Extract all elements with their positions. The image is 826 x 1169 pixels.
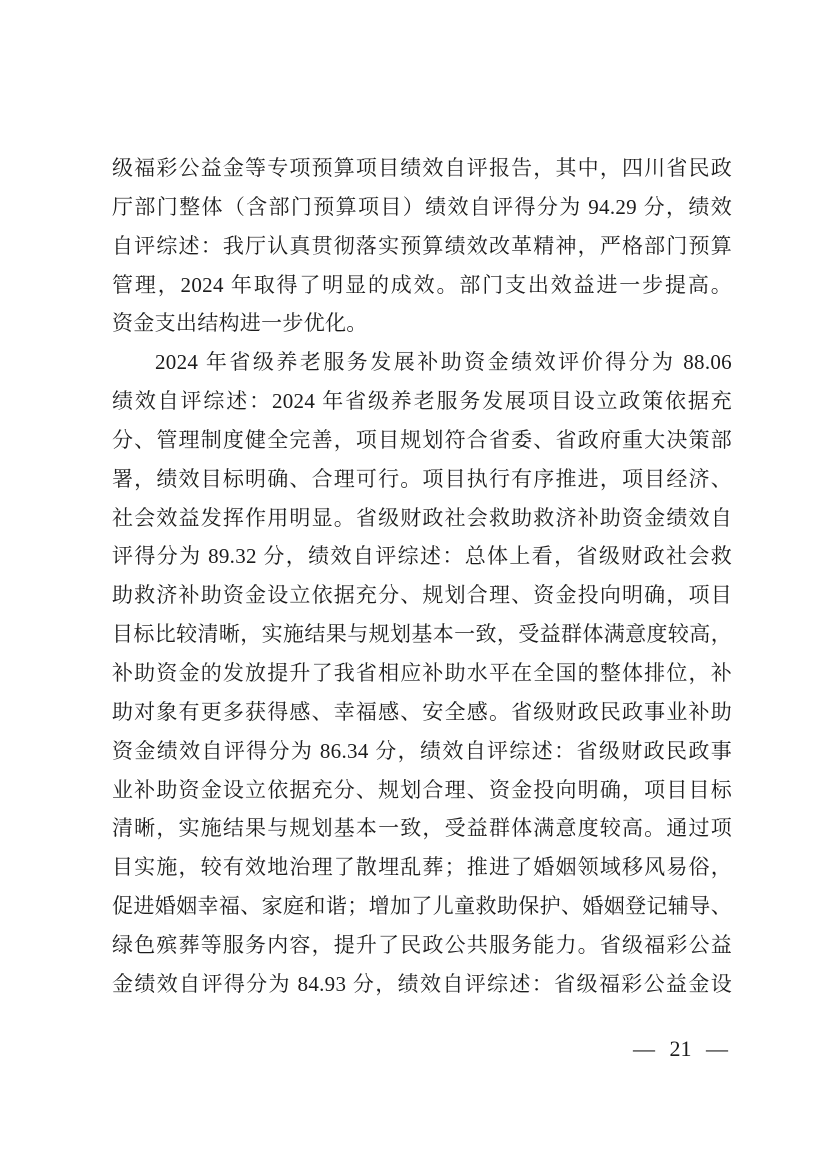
text-line: 级福彩公益金等专项预算项目绩效自评报告，其中，四川省民政 (112, 149, 732, 188)
text-line: 署，绩效目标明确、合理可行。项目执行有序推进，项目经济、 (112, 460, 732, 499)
text-line: 资金支出结构进一步优化。 (112, 304, 732, 343)
text-line: 厅部门整体（含部门预算项目）绩效自评得分为 94.29 分，绩效 (112, 188, 732, 227)
text-line: 补助资金的发放提升了我省相应补助水平在全国的整体排位，补 (112, 654, 732, 693)
text-line: 自评综述：我厅认真贯彻落实预算绩效改革精神，严格部门预算 (112, 227, 732, 266)
text-line: 2024 年省级养老服务发展补助资金绩效评价得分为 88.06 分， (112, 343, 732, 382)
document-body: 级福彩公益金等专项预算项目绩效自评报告，其中，四川省民政厅部门整体（含部门预算项… (112, 149, 732, 1004)
page-number: — 21 — (112, 1034, 732, 1064)
text-line: 分、管理制度健全完善，项目规划符合省委、省政府重大决策部 (112, 421, 732, 460)
text-line: 助救济补助资金设立依据充分、规划合理、资金投向明确，项目 (112, 576, 732, 615)
text-line: 社会效益发挥作用明显。省级财政社会救助救济补助资金绩效自 (112, 499, 732, 538)
text-line: 业补助资金设立依据充分、规划合理、资金投向明确，项目目标 (112, 771, 732, 810)
text-line: 金绩效自评得分为 84.93 分，绩效自评综述：省级福彩公益金设 (112, 965, 732, 1004)
text-line: 助对象有更多获得感、幸福感、安全感。省级财政民政事业补助 (112, 693, 732, 732)
text-line: 绩效自评综述：2024 年省级养老服务发展项目设立政策依据充 (112, 382, 732, 421)
text-line: 资金绩效自评得分为 86.34 分，绩效自评综述：省级财政民政事 (112, 732, 732, 771)
text-line: 目实施，较有效地治理了散埋乱葬；推进了婚姻领域移风易俗， (112, 848, 732, 887)
document-page: 级福彩公益金等专项预算项目绩效自评报告，其中，四川省民政厅部门整体（含部门预算项… (0, 0, 826, 1169)
text-line: 促进婚姻幸福、家庭和谐；增加了儿童救助保护、婚姻登记辅导、 (112, 887, 732, 926)
text-line: 绿色殡葬等服务内容，提升了民政公共服务能力。省级福彩公益 (112, 926, 732, 965)
text-line: 管理，2024 年取得了明显的成效。部门支出效益进一步提高。 (112, 266, 732, 305)
text-line: 清晰，实施结果与规划基本一致，受益群体满意度较高。通过项 (112, 809, 732, 848)
text-line: 目标比较清晰，实施结果与规划基本一致，受益群体满意度较高， (112, 615, 732, 654)
text-line: 评得分为 89.32 分，绩效自评综述：总体上看，省级财政社会救 (112, 537, 732, 576)
